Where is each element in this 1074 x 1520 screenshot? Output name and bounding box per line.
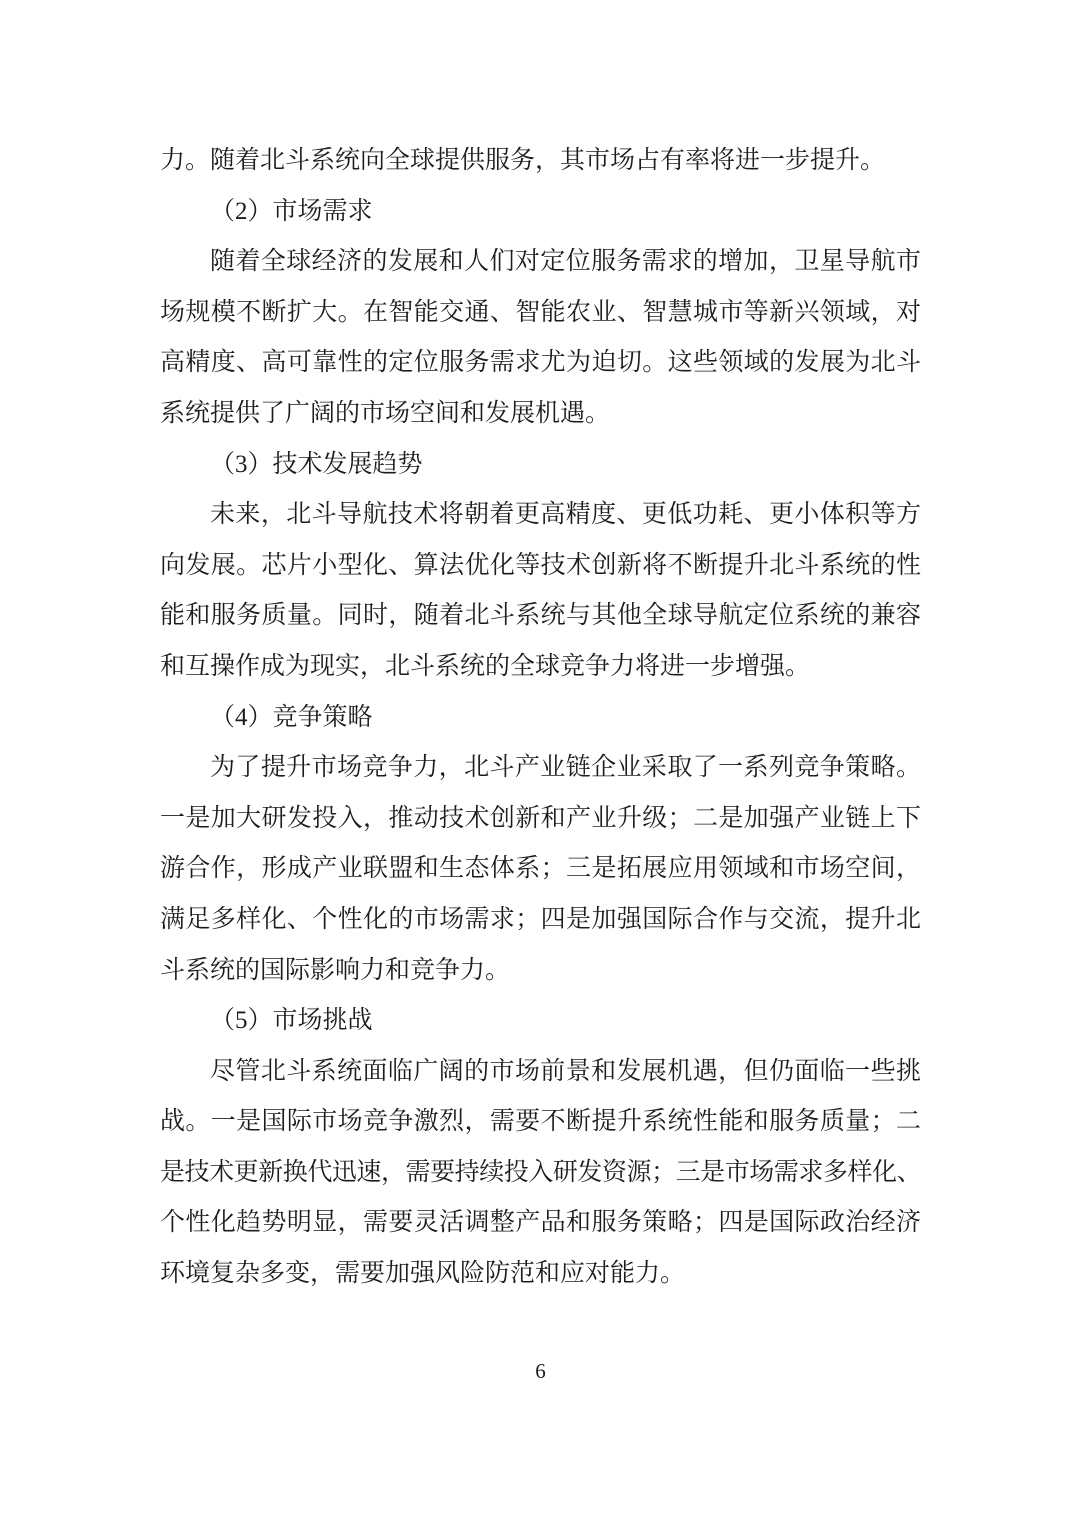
text-line: 为了提升市场竞争力，北斗产业链企业采取了一系列竞争策略。: [160, 743, 921, 794]
text-line: 能和服务质量。同时，随着北斗系统与其他全球导航定位系统的兼容: [160, 591, 921, 642]
text-line: 向发展。芯片小型化、算法优化等技术创新将不断提升北斗系统的性: [160, 541, 921, 592]
page-number: 6: [535, 1359, 546, 1383]
section-heading: （3）技术发展趋势: [160, 440, 921, 491]
page-footer: 6: [160, 1356, 921, 1386]
text-line: 满足多样化、个性化的市场需求；四是加强国际合作与交流，提升北: [160, 895, 921, 946]
text-line: 斗系统的国际影响力和竞争力。: [160, 946, 921, 997]
text-line: 力。随着北斗系统向全球提供服务，其市场占有率将进一步提升。: [160, 136, 921, 187]
document-body: 力。随着北斗系统向全球提供服务，其市场占有率将进一步提升。 （2）市场需求 随着…: [160, 136, 921, 1300]
text-line: 战。一是国际市场竞争激烈，需要不断提升系统性能和服务质量；二: [160, 1097, 921, 1148]
section-heading: （5）市场挑战: [160, 996, 921, 1047]
text-line: 个性化趋势明显，需要灵活调整产品和服务策略；四是国际政治经济: [160, 1198, 921, 1249]
section-heading: （4）竞争策略: [160, 693, 921, 744]
text-line: 游合作，形成产业联盟和生态体系；三是拓展应用领域和市场空间，: [160, 844, 921, 895]
section-heading: （2）市场需求: [160, 187, 921, 238]
text-line: 是技术更新换代迅速，需要持续投入研发资源；三是市场需求多样化、: [160, 1148, 921, 1199]
text-line: 系统提供了广阔的市场空间和发展机遇。: [160, 389, 921, 440]
text-line: 随着全球经济的发展和人们对定位服务需求的增加，卫星导航市: [160, 237, 921, 288]
text-line: 环境复杂多变，需要加强风险防范和应对能力。: [160, 1249, 921, 1300]
text-line: 和互操作成为现实，北斗系统的全球竞争力将进一步增强。: [160, 642, 921, 693]
document-page: 力。随着北斗系统向全球提供服务，其市场占有率将进一步提升。 （2）市场需求 随着…: [0, 0, 1074, 1520]
text-line: 一是加大研发投入，推动技术创新和产业升级；二是加强产业链上下: [160, 794, 921, 845]
text-line: 高精度、高可靠性的定位服务需求尤为迫切。这些领域的发展为北斗: [160, 338, 921, 389]
text-line: 尽管北斗系统面临广阔的市场前景和发展机遇，但仍面临一些挑: [160, 1047, 921, 1098]
text-line: 场规模不断扩大。在智能交通、智能农业、智慧城市等新兴领域，对: [160, 288, 921, 339]
text-line: 未来，北斗导航技术将朝着更高精度、更低功耗、更小体积等方: [160, 490, 921, 541]
